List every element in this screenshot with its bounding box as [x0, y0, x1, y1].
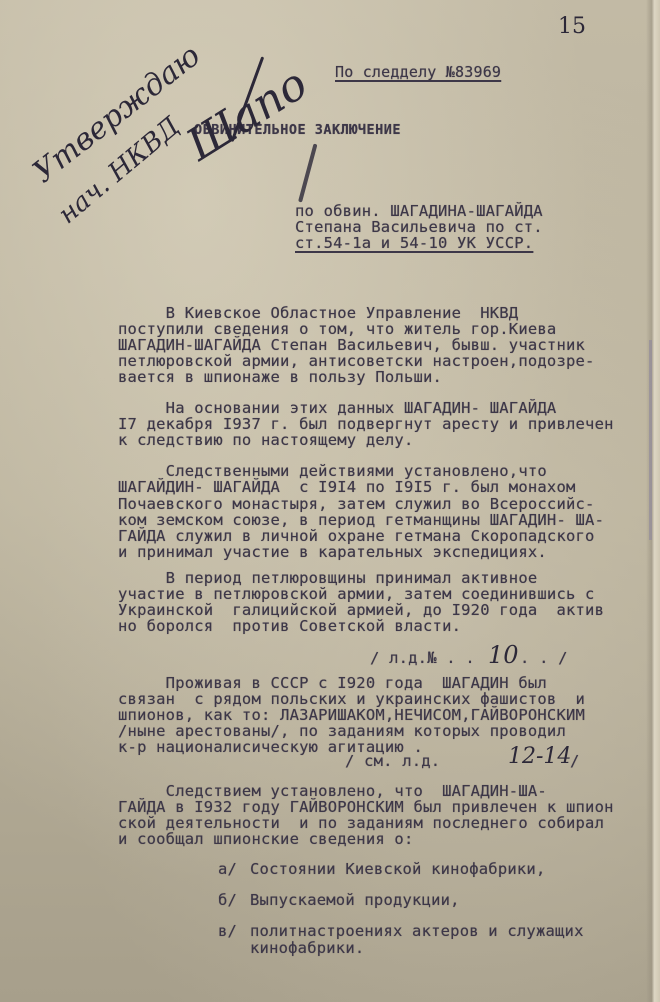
list-marker: в/	[218, 923, 237, 940]
page-number: 15	[558, 14, 586, 39]
list-marker: а/	[218, 861, 237, 878]
reference-handwritten: 10	[488, 641, 519, 669]
signature-stroke-2	[298, 144, 317, 203]
reference-prefix: / см. л.д.	[345, 753, 440, 770]
reference-handwritten: 12-14	[508, 744, 571, 769]
case-reference: По следделу №83969	[335, 64, 501, 81]
list-item: политнастроениях актеров и служащих кино…	[250, 923, 584, 956]
page-edge-shadow	[649, 340, 652, 540]
text-line: и сообщал шпионские сведения о:	[118, 831, 414, 848]
text-line: ШАГАЙДИН- ШАГАЙДА с I9I4 по I9I5 г. был …	[118, 479, 576, 496]
reference-suffix: . . /	[520, 650, 568, 667]
reference-suffix: /	[570, 753, 580, 770]
list-item: Состоянии Киевской кинофабрики,	[250, 861, 546, 878]
handwritten-signature: Шапо	[178, 58, 316, 171]
list-item: Выпускаемой продукции,	[250, 892, 460, 909]
text-line: к следствию по настоящему делу.	[118, 432, 414, 449]
text-line: но боролся против Советской власти.	[118, 618, 461, 635]
list-marker: б/	[218, 892, 237, 909]
document-page: 15 По следделу №83969 ОБВИНИТЕЛЬНОЕ ЗАКЛ…	[0, 0, 660, 1002]
reference-prefix: / л.д.№ . .	[370, 650, 475, 667]
text-line: вается в шпионаже в пользу Польши.	[118, 369, 442, 386]
text-line: и принимал участие в карательных экспеди…	[118, 544, 547, 561]
charge-line-3: ст.54-1а и 54-10 УК УССР.	[295, 235, 533, 252]
